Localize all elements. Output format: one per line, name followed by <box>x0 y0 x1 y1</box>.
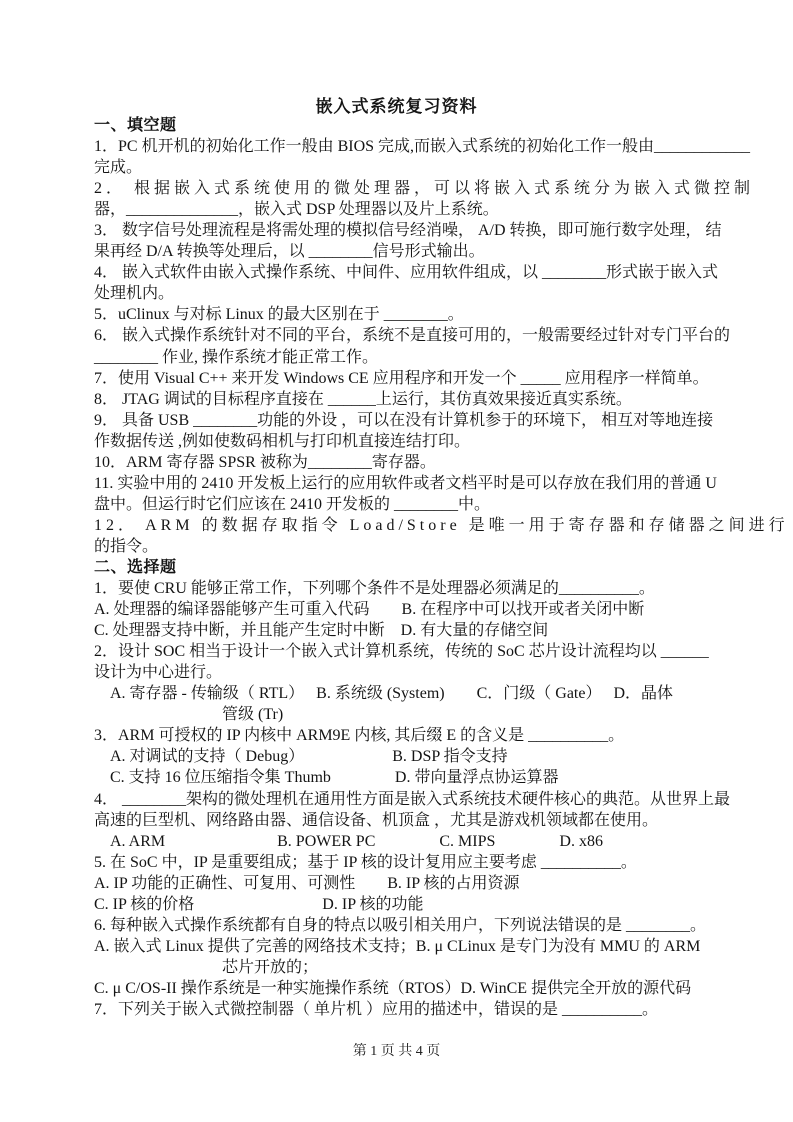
text-line: 管级 (Tr) <box>94 704 734 725</box>
text-line: 高速的巨型机、网络路由器、通信设备、机顶盒 ，尤其是游戏机领域都在使用。 <box>94 810 734 831</box>
text-line: 处理机内。 <box>94 283 734 304</box>
text-line: 2． 根据嵌入式系统使用的微处理器，可以将嵌入式系统分为嵌入式微控制 <box>94 178 734 199</box>
section-heading: 一、填空题 <box>94 115 734 136</box>
text-line: 7．下列关于嵌入式微控制器（ 单片机 ）应用的描述中，错误的是 ________… <box>94 999 734 1020</box>
text-line: 完成。 <box>94 157 734 178</box>
text-line: 6． 嵌入式操作系统针对不同的平台，系统不是直接可用的，一般需要经过针对专门平台… <box>94 325 734 346</box>
text-line: A. 寄存器 - 传输级（ RTL） B. 系统级 (System) C．门级（… <box>94 683 734 704</box>
text-line: A. 嵌入式 Linux 提供了完善的网络技术支持；B. μ CLinux 是专… <box>94 936 734 957</box>
text-line: 1．PC 机开机的初始化工作一般由 BIOS 完成,而嵌入式系统的初始化工作一般… <box>94 136 734 157</box>
text-line: C. μ C/OS-II 操作系统是一种实施操作系统（RTOS）D. WinCE… <box>94 978 734 999</box>
text-line: 盘中。但运行时它们应该在 2410 开发板的 ________中。 <box>94 494 734 515</box>
text-line: 4． 嵌入式软件由嵌入式操作系统、中间件、应用软件组成，以 ________形式… <box>94 262 734 283</box>
text-line: A. 处理器的编译器能够产生可重入代码 B. 在程序中可以找开或者关闭中断 <box>94 599 734 620</box>
document-body: 一、填空题1．PC 机开机的初始化工作一般由 BIOS 完成,而嵌入式系统的初始… <box>94 115 734 1020</box>
text-line: 5．uClinux 与对标 Linux 的最大区别在于 ________。 <box>94 304 734 325</box>
text-line: 2．设计 SOC 相当于设计一个嵌入式计算机系统，传统的 SoC 芯片设计流程均… <box>94 641 734 662</box>
text-line: 果再经 D/A 转换等处理后，以 ________信号形式输出。 <box>94 241 734 262</box>
page-number-footer: 第 1 页 共 4 页 <box>0 1040 793 1060</box>
text-line: 7．使用 Visual C++ 来开发 Windows CE 应用程序和开发一个… <box>94 368 734 389</box>
text-line: 12． ARM 的数据存取指令 Load/Store 是唯一用于寄存器和存储器之… <box>94 515 734 536</box>
text-line: C. IP 核的价格 D. IP 核的功能 <box>94 894 734 915</box>
text-line: A. ARM B. POWER PC C. MIPS D. x86 <box>94 831 734 852</box>
text-line: 11. 实验中用的 2410 开发板上运行的应用软件或者文档平时是可以存放在我们… <box>94 473 734 494</box>
text-line: 5. 在 SoC 中，IP 是重要组成；基于 IP 核的设计复用应主要考虑 __… <box>94 852 734 873</box>
text-line: C. 支持 16 位压缩指令集 Thumb D. 带向量浮点协运算器 <box>94 767 734 788</box>
text-line: 8． JTAG 调试的目标程序直接在 ______上运行，其仿真效果接近真实系统… <box>94 389 734 410</box>
text-line: 10．ARM 寄存器 SPSR 被称为________寄存器。 <box>94 452 734 473</box>
text-line: 作数据传送 ,例如使数码相机与打印机直接连结打印。 <box>94 431 734 452</box>
text-line: 设计为中心进行。 <box>94 662 734 683</box>
text-line: C. 处理器支持中断，并且能产生定时中断 D. 有大量的存储空间 <box>94 620 734 641</box>
text-line: 芯片开放的； <box>94 957 734 978</box>
text-line: 器，______________，嵌入式 DSP 处理器以及片上系统。 <box>94 199 734 220</box>
text-line: ________ 作业, 操作系统才能正常工作。 <box>94 347 734 368</box>
text-line: 6. 每种嵌入式操作系统都有自身的特点以吸引相关用户，下列说法错误的是 ____… <box>94 915 734 936</box>
text-line: 1．要使 CRU 能够正常工作，下列哪个条件不是处理器必须满足的________… <box>94 578 734 599</box>
document-page: 嵌入式系统复习资料 一、填空题1．PC 机开机的初始化工作一般由 BIOS 完成… <box>0 0 793 1122</box>
text-line: 的指令。 <box>94 536 734 557</box>
section-heading: 二、选择题 <box>94 557 734 578</box>
text-line: A. 对调试的支持（ Debug） B. DSP 指令支持 <box>94 746 734 767</box>
text-line: 9． 具备 USB ________功能的外设 ，可以在没有计算机参于的环境下，… <box>94 410 734 431</box>
document-title: 嵌入式系统复习资料 <box>0 92 793 117</box>
text-line: 4． ________架构的微处理机在通用性方面是嵌入式系统技术硬件核心的典范。… <box>94 789 734 810</box>
text-line: 3．ARM 可授权的 IP 内核中 ARM9E 内核, 其后缀 E 的含义是 _… <box>94 725 734 746</box>
text-line: 3． 数字信号处理流程是将需处理的模拟信号经消噪， A/D 转换，即可施行数字处… <box>94 220 734 241</box>
text-line: A. IP 功能的正确性、可复用、可测性 B. IP 核的占用资源 <box>94 873 734 894</box>
